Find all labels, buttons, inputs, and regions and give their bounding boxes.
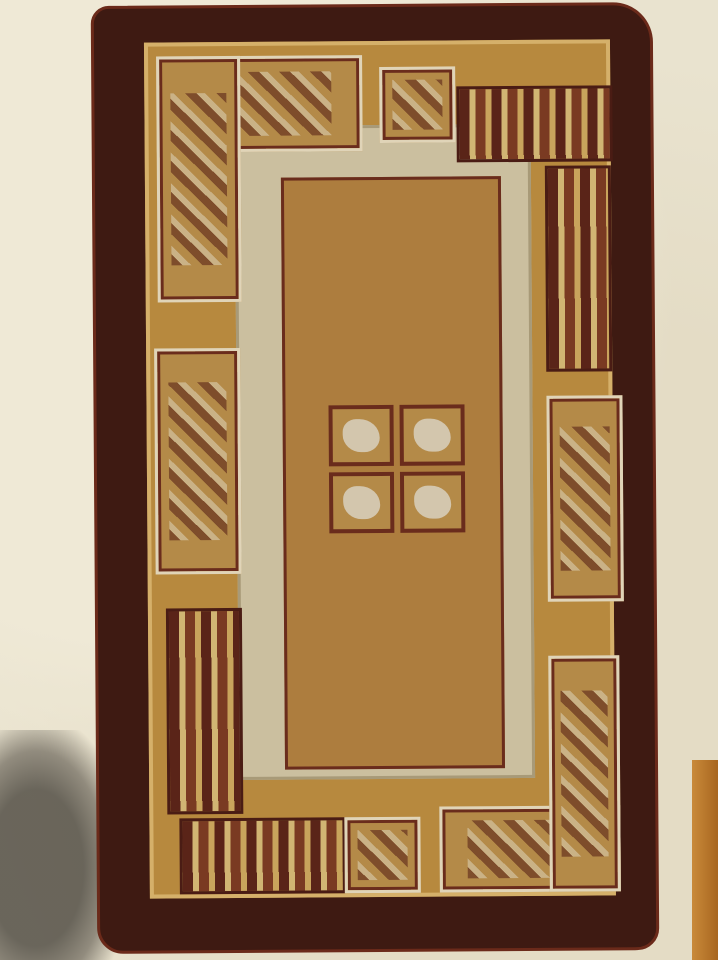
floral-panel-top-left-vertical [156,56,242,303]
floral-panel-right [546,395,623,602]
wooden-floor-edge [692,760,718,960]
floral-tile-bottom [344,817,421,894]
medallion-tile [400,471,465,532]
floral-tile-top [379,66,456,143]
medallion-tile [329,472,394,533]
greek-key-left [166,608,243,815]
medallion-tile [399,404,464,465]
greek-key-bottom-left [179,817,346,894]
floral-panel-left [154,348,242,575]
central-medallion [328,404,465,533]
greek-key-right [545,165,612,371]
medallion-tile [328,405,393,466]
floral-panel-bottom-right-vertical [548,655,621,891]
greek-key-top-right [456,85,613,162]
rug [91,2,660,954]
